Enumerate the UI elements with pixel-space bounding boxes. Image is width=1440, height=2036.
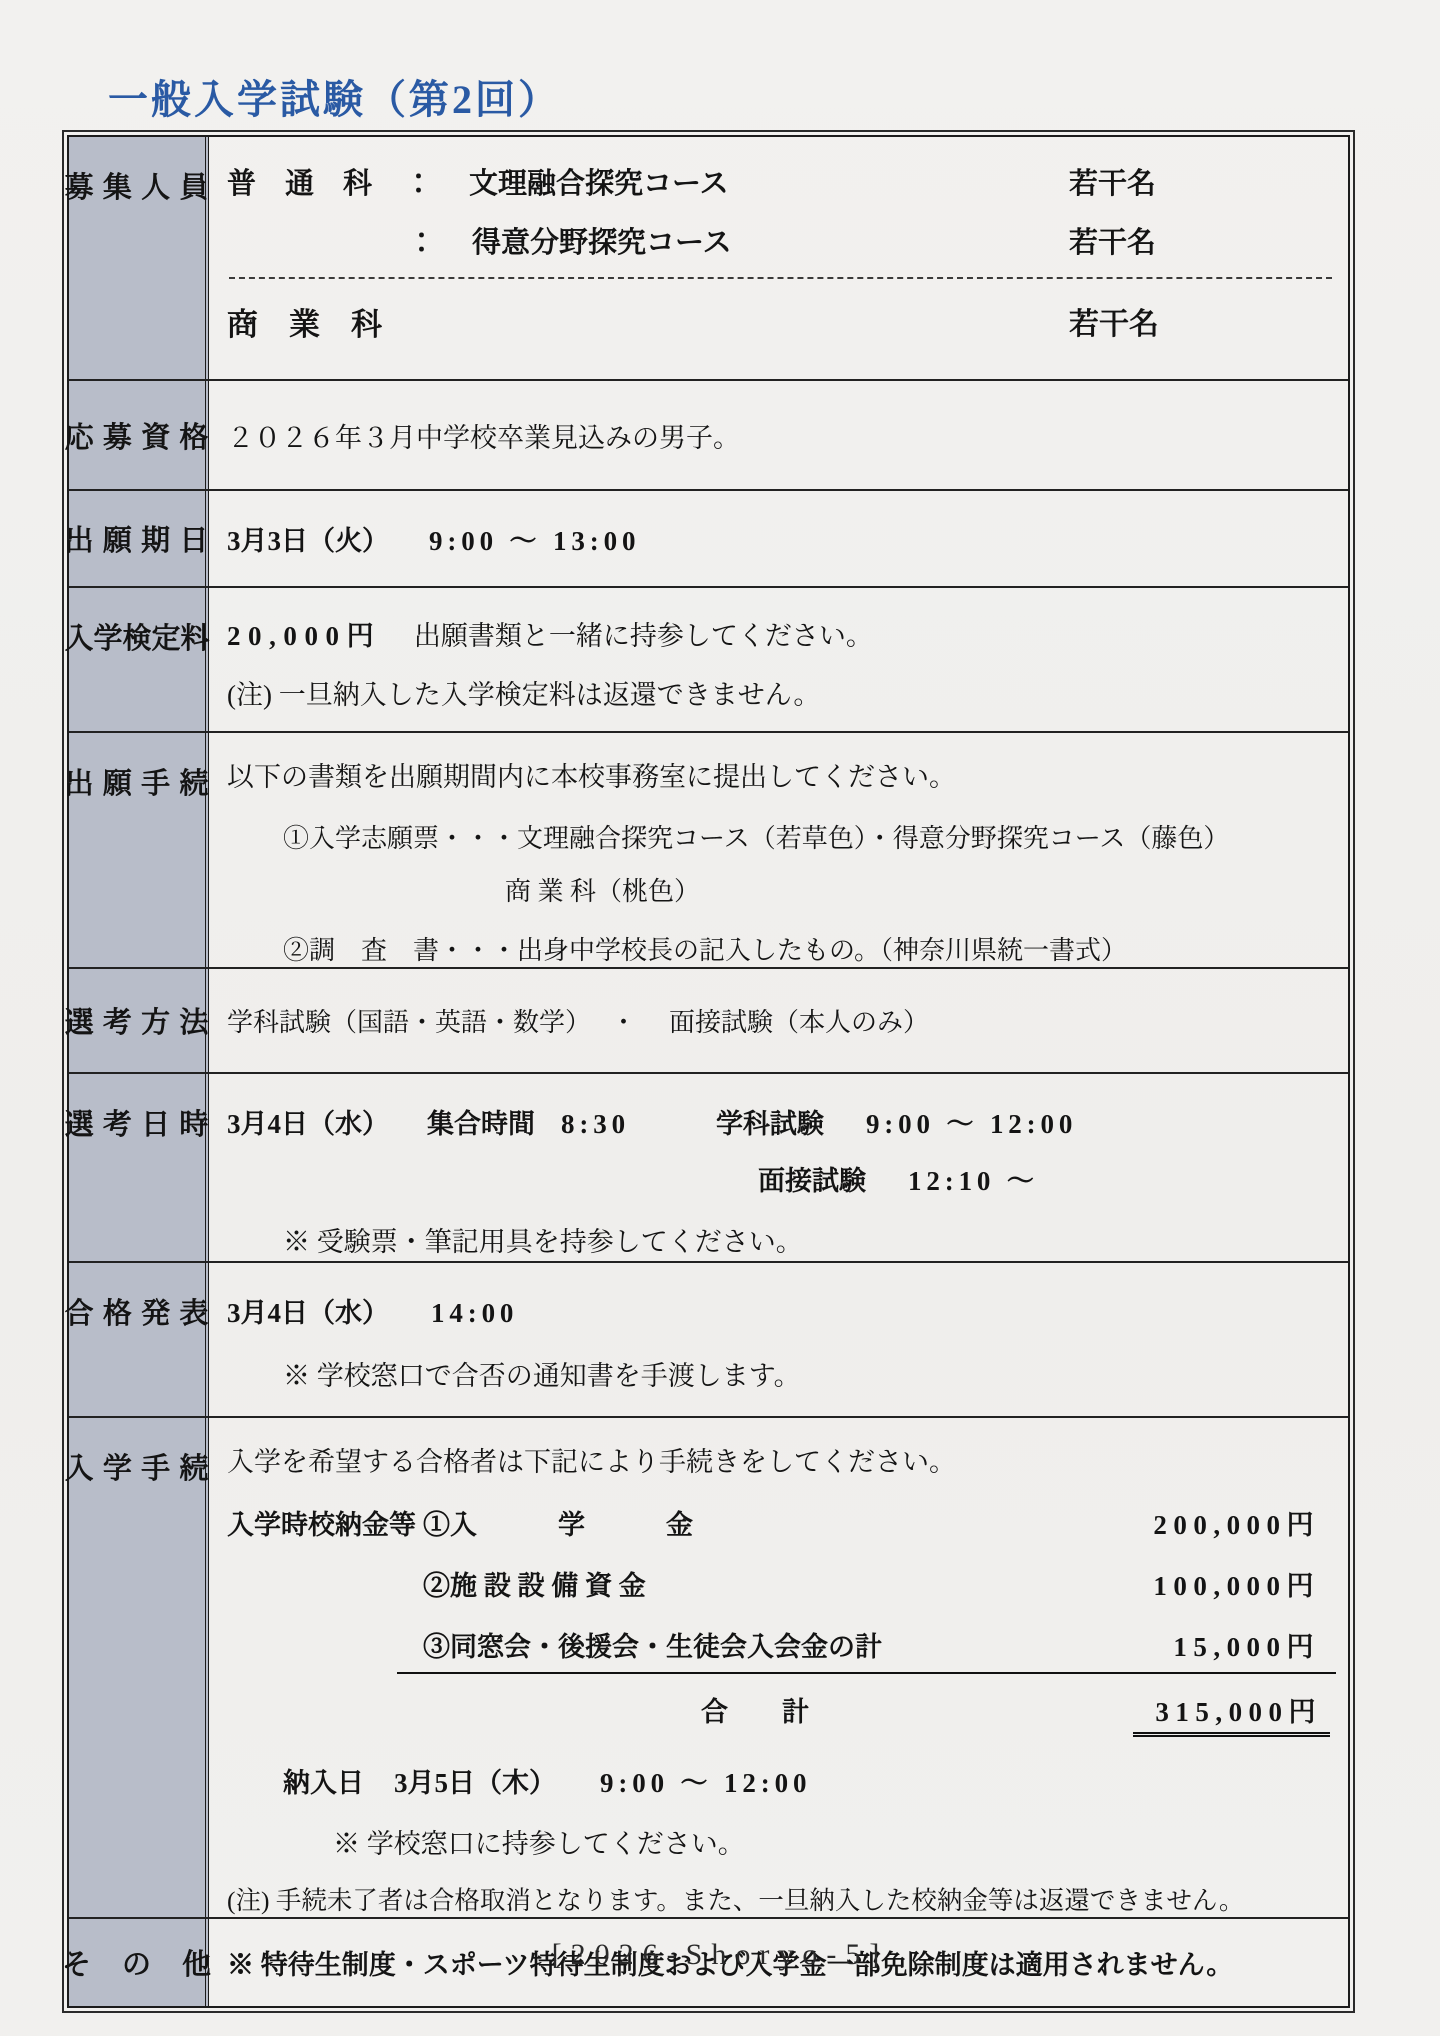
row-content-exam-fee: 20,000円 出願書類と一緒に持参してください。 (注) 一旦納入した入学検定… <box>209 588 1348 731</box>
procedure-item-1b: 商 業 科（桃色） <box>505 871 1334 908</box>
fee-item-admission: ①入 学 金 200,000円 <box>423 1503 1320 1542</box>
course-bunri: 文理融合探究コース <box>469 168 729 200</box>
selection-line-1: 3月4日（水）集合時間8:30学科試験9:00 ～ 12:00 <box>227 1102 1334 1141</box>
enrollment-note-1: ※ 学校窓口に持参してください。 <box>333 1822 1334 1861</box>
row-label-period: 出 願 期 日 <box>69 491 209 586</box>
row-selection-method: 選 考 方 法 学科試験（国語・英語・数学） ・ 面接試験（本人のみ） <box>69 969 1348 1074</box>
announcement-date: 3月4日（水） <box>227 1298 389 1328</box>
row-label-selection: 選 考 日 時 <box>69 1074 209 1261</box>
recruitment-line-general-1: 普 通 科：文理融合探究コース 若干名 <box>227 161 1334 202</box>
row-exam-fee: 入学検定料 20,000円 出願書類と一緒に持参してください。 (注) 一旦納入… <box>69 588 1348 733</box>
dashed-divider <box>229 277 1332 279</box>
row-enrollment: 入 学 手 続 入学を希望する合格者は下記により手続きをしてください。 入学時校… <box>69 1418 1348 1919</box>
page-title: 一般入学試験（第2回） <box>108 68 561 125</box>
row-content-selection: 3月4日（水）集合時間8:30学科試験9:00 ～ 12:00 面接試験12:1… <box>209 1074 1348 1261</box>
row-procedure: 出 願 手 続 以下の書類を出願期間内に本校事務室に提出してください。 ①入学志… <box>69 733 1348 969</box>
selection-line-2: 面接試験12:10 ～ <box>758 1159 1334 1198</box>
admission-table-inner: 募 集 人 員 普 通 科：文理融合探究コース 若干名 ：得意分野探究コース 若… <box>67 135 1350 2008</box>
row-label-enrollment: 入 学 手 続 <box>69 1418 209 1917</box>
recruitment-line-general-2: ：得意分野探究コース 若干名 <box>227 220 1334 261</box>
selection-date: 3月4日（水） <box>227 1109 389 1139</box>
row-label-method: 選 考 方 法 <box>69 969 209 1072</box>
dept-general: 普 通 科 <box>227 168 372 200</box>
row-label-exam-fee: 入学検定料 <box>69 588 209 731</box>
gather-time: 8:30 <box>561 1109 630 1139</box>
admission-table: 募 集 人 員 普 通 科：文理融合探究コース 若干名 ：得意分野探究コース 若… <box>62 130 1355 2013</box>
scanned-admission-sheet: 一般入学試験（第2回） 募 集 人 員 普 通 科：文理融合探究コース 若干名 … <box>0 0 1440 2036</box>
gather-label: 集合時間 <box>427 1109 535 1139</box>
colon: ： <box>407 227 436 259</box>
row-content-recruitment: 普 通 科：文理融合探究コース 若干名 ：得意分野探究コース 若干名 商 業 科… <box>209 137 1348 379</box>
fee-name: ①入 学 金 <box>423 1503 693 1542</box>
interview-label: 面接試験 <box>758 1166 866 1196</box>
quota-commerce: 若干名 <box>1069 299 1159 343</box>
exam-fee-text: 出願書類と一緒に持参してください。 <box>414 621 873 651</box>
colon: ： <box>404 168 433 200</box>
written-exam-label: 学科試験 <box>716 1109 824 1139</box>
row-content-method: 学科試験（国語・英語・数学） ・ 面接試験（本人のみ） <box>209 969 1348 1072</box>
row-content-enrollment: 入学を希望する合格者は下記により手続きをしてください。 入学時校納金等 ①入 学… <box>209 1418 1348 1917</box>
exam-fee-note: (注) 一旦納入した入学検定料は返還できません。 <box>227 673 1334 712</box>
procedure-item-1: ①入学志願票・・・文理融合探究コース（若草色）・得意分野探究コース（藤色） <box>283 818 1334 855</box>
total-amount: 315,000円 <box>1133 1690 1330 1737</box>
exam-fee-amount: 20,000円 <box>227 621 381 651</box>
fee-item-memberships: ③同窓会・後援会・生徒会入会金の計 15,000円 <box>397 1625 1336 1674</box>
procedure-intro: 以下の書類を出願期間内に本校事務室に提出してください。 <box>227 755 1334 794</box>
row-label-recruitment: 募 集 人 員 <box>69 137 209 379</box>
enrollment-intro: 入学を希望する合格者は下記により手続きをしてください。 <box>227 1440 1334 1479</box>
fee-amount: 100,000円 <box>1153 1564 1320 1603</box>
fee-name: ③同窓会・後援会・生徒会入会金の計 <box>423 1625 882 1664</box>
dept-commerce: 商 業 科 <box>227 307 382 342</box>
period-date: 3月3日（火） <box>227 519 389 558</box>
payment-time: 9:00 ～ 12:00 <box>600 1768 811 1798</box>
row-content-period: 3月3日（火） 9:00 ～ 13:00 <box>209 491 1348 586</box>
written-exam-time: 9:00 ～ 12:00 <box>866 1109 1077 1139</box>
row-recruitment: 募 集 人 員 普 通 科：文理融合探究コース 若干名 ：得意分野探究コース 若… <box>69 137 1348 381</box>
payment-line: 納入日3月5日（木）9:00 ～ 12:00 <box>283 1761 1334 1800</box>
procedure-item-2: ②調 査 書・・・出身中学校長の記入したもの。（神奈川県統一書式） <box>283 930 1334 967</box>
enrollment-note-2: (注) 手続未了者は合格取消となります。また、一旦納入した校納金等は返還できませ… <box>227 1881 1334 1917</box>
recruitment-line-commerce: 商 業 科 若干名 <box>227 299 1334 344</box>
payment-label: 納入日 <box>283 1768 364 1798</box>
period-time: 9:00 ～ 13:00 <box>429 519 640 558</box>
total-label: 合 計 <box>701 1690 809 1737</box>
row-application-period: 出 願 期 日 3月3日（火） 9:00 ～ 13:00 <box>69 491 1348 588</box>
announcement-time: 14:00 <box>431 1298 518 1328</box>
course-tokui: 得意分野探究コース <box>472 227 732 259</box>
interview-time: 12:10 ～ <box>908 1166 1039 1196</box>
method-text: 学科試験（国語・英語・数学） ・ 面接試験（本人のみ） <box>227 1002 929 1039</box>
announcement-note: ※ 学校窓口で合否の通知書を手渡します。 <box>283 1354 1334 1393</box>
page-footer: [2026-Shoryo-5] <box>0 1938 1440 1972</box>
row-content-qualification: ２０２６年３月中学校卒業見込みの男子。 <box>209 381 1348 489</box>
row-content-announcement: 3月4日（水）14:00 ※ 学校窓口で合否の通知書を手渡します。 <box>209 1263 1348 1416</box>
quota-tokui: 若干名 <box>1069 220 1156 261</box>
selection-note: ※ 受験票・筆記用具を持参してください。 <box>283 1220 1334 1259</box>
row-selection-datetime: 選 考 日 時 3月4日（水）集合時間8:30学科試験9:00 ～ 12:00 … <box>69 1074 1348 1263</box>
fee-name: ②施 設 設 備 資 金 <box>423 1564 646 1603</box>
exam-fee-line: 20,000円 出願書類と一緒に持参してください。 <box>227 614 1334 653</box>
announcement-line: 3月4日（水）14:00 <box>227 1291 1334 1330</box>
qualification-text: ２０２６年３月中学校卒業見込みの男子。 <box>227 416 740 455</box>
quota-bunri: 若干名 <box>1069 161 1156 202</box>
row-label-procedure: 出 願 手 続 <box>69 733 209 967</box>
fees-total-row: 合 計 315,000円 <box>423 1690 1320 1737</box>
fees-list: ①入 学 金 200,000円 ②施 設 設 備 資 金 100,000円 ③同… <box>423 1503 1320 1737</box>
fee-amount: 15,000円 <box>1173 1625 1320 1664</box>
fees-heading: 入学時校納金等 <box>227 1503 423 1737</box>
fee-item-facilities: ②施 設 設 備 資 金 100,000円 <box>423 1564 1320 1603</box>
row-content-procedure: 以下の書類を出願期間内に本校事務室に提出してください。 ①入学志願票・・・文理融… <box>209 733 1348 967</box>
payment-date: 3月5日（木） <box>394 1768 556 1798</box>
row-label-announcement: 合 格 発 表 <box>69 1263 209 1416</box>
row-announcement: 合 格 発 表 3月4日（水）14:00 ※ 学校窓口で合否の通知書を手渡します… <box>69 1263 1348 1418</box>
row-qualification: 応 募 資 格 ２０２６年３月中学校卒業見込みの男子。 <box>69 381 1348 491</box>
enrollment-fees-block: 入学時校納金等 ①入 学 金 200,000円 ②施 設 設 備 資 金 100… <box>227 1503 1334 1737</box>
row-label-qualification: 応 募 資 格 <box>69 381 209 489</box>
fee-amount: 200,000円 <box>1153 1503 1320 1542</box>
